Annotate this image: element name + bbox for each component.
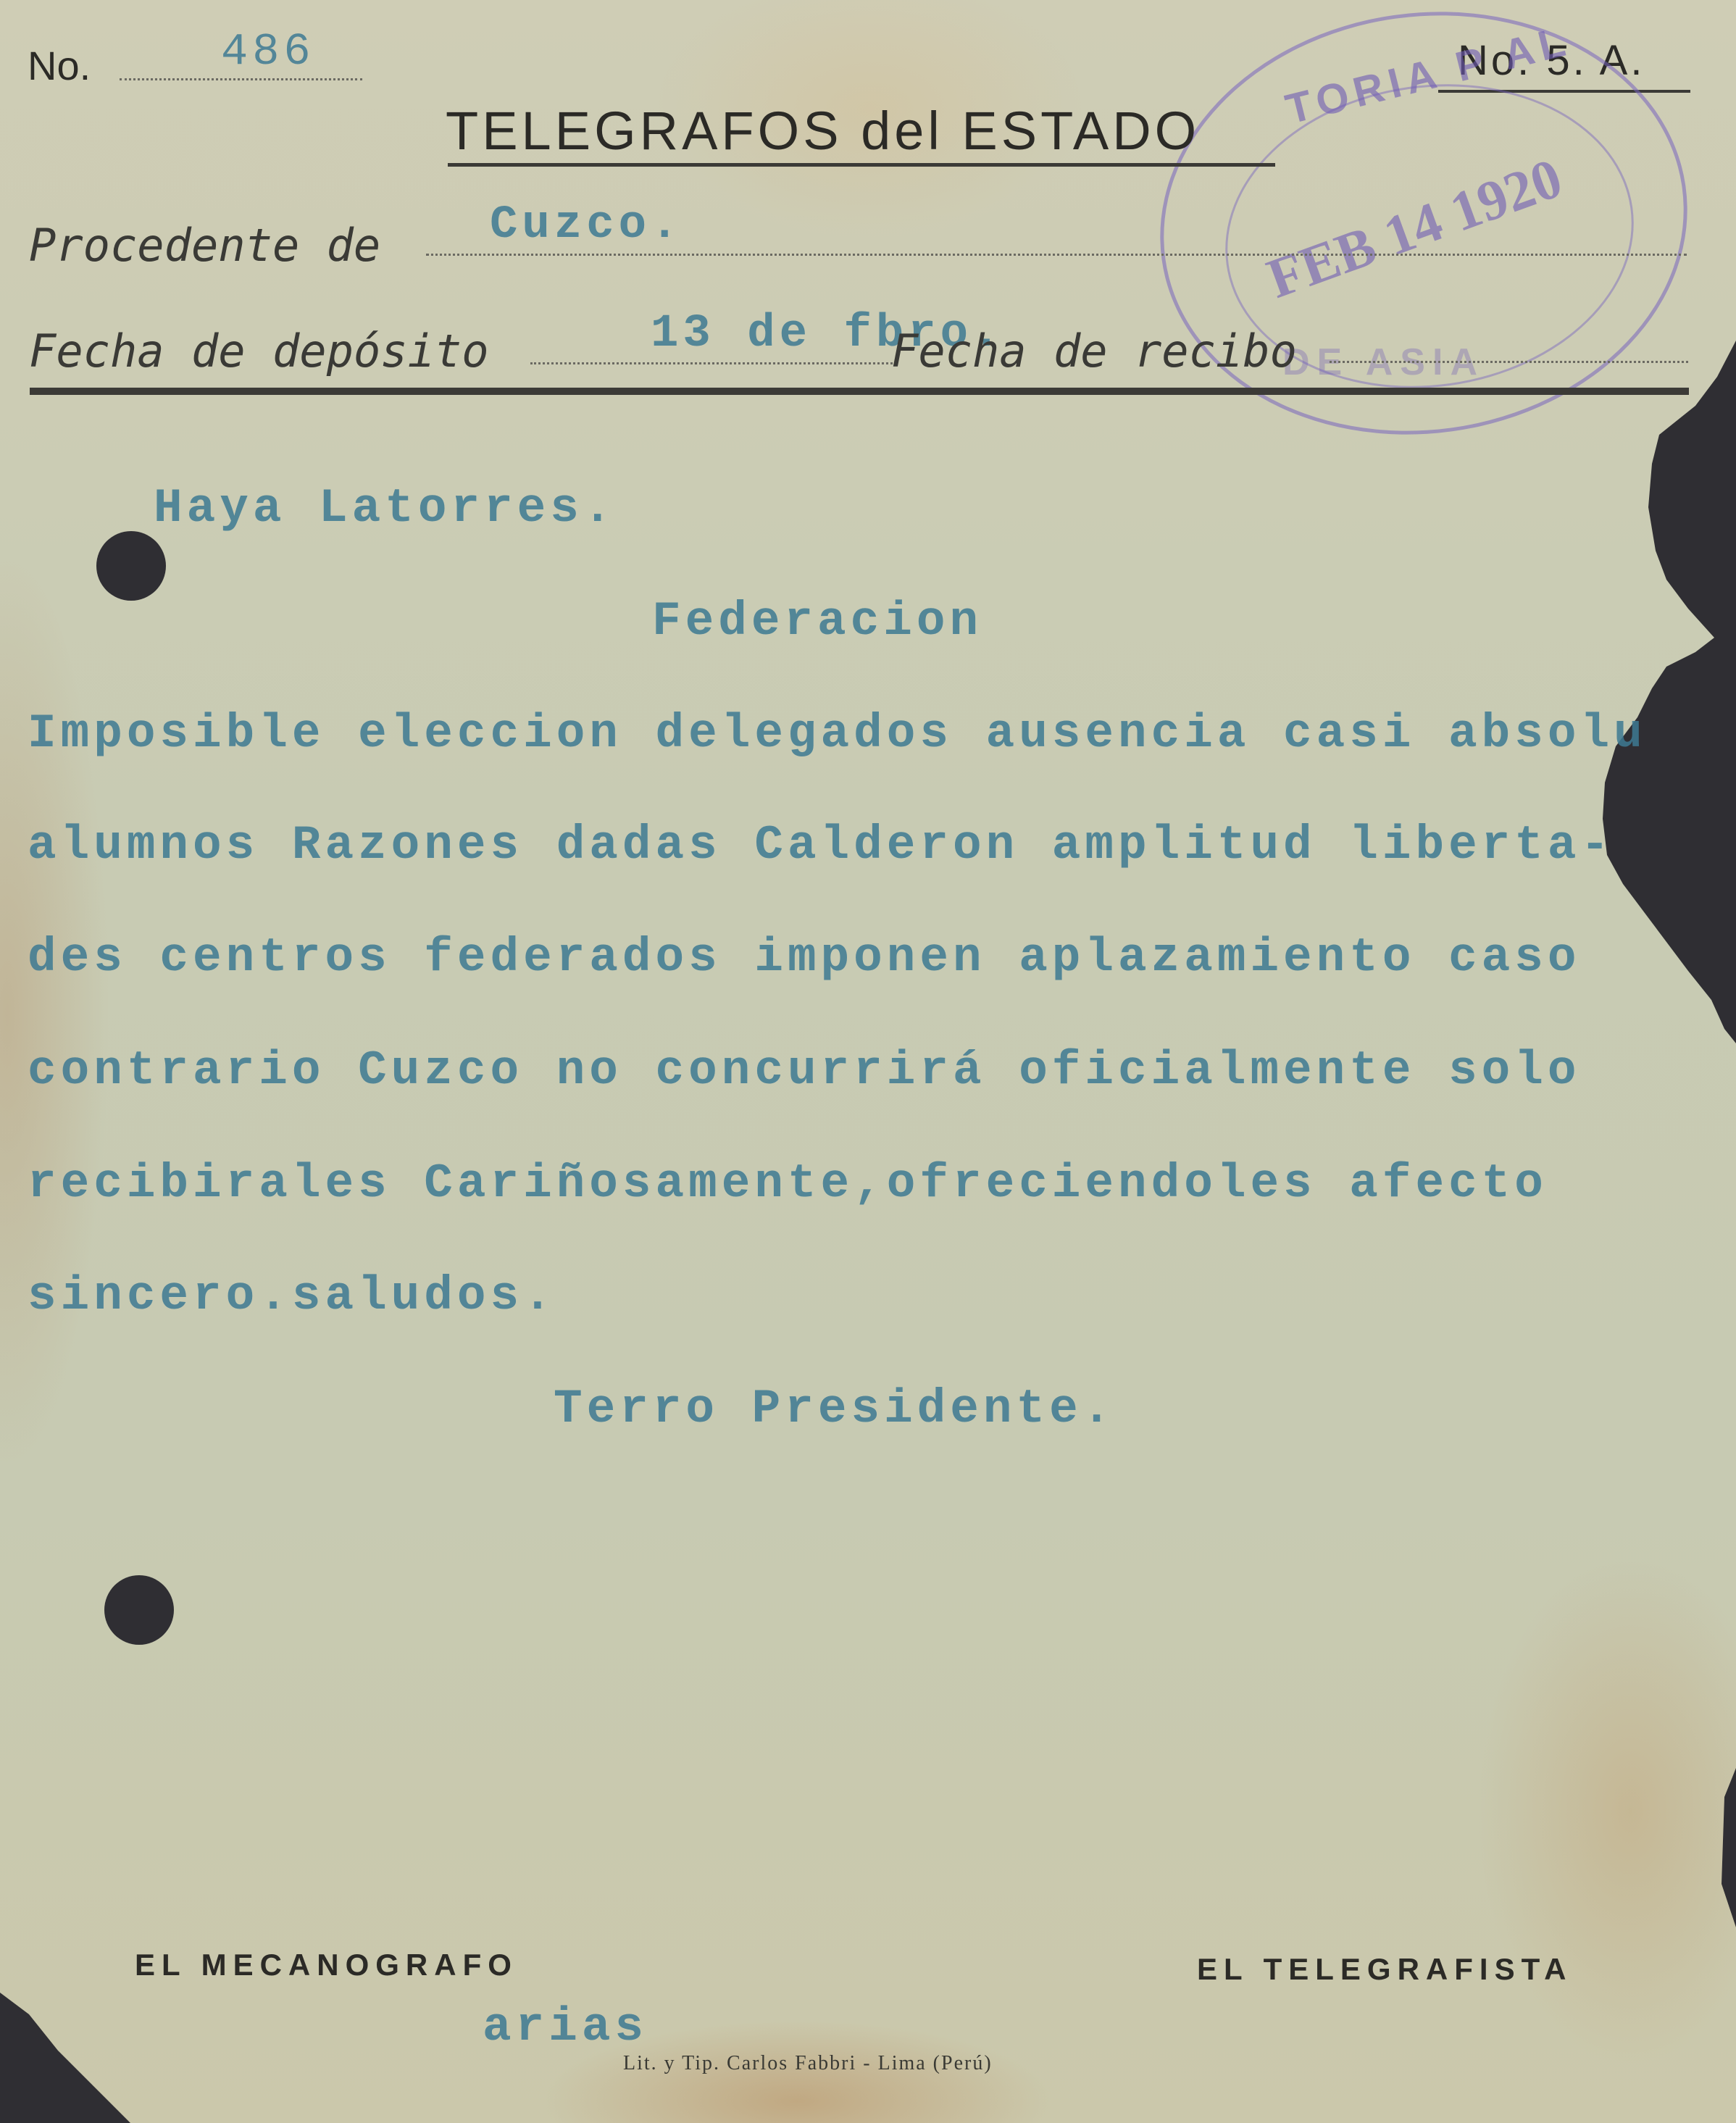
telegraphist-label: EL TELEGRAFISTA	[1197, 1952, 1572, 1987]
addressee: Haya Latorres.	[154, 481, 617, 535]
punch-hole-top	[96, 531, 166, 601]
deposit-date-label: Fecha de depósito	[29, 325, 489, 378]
signature: Terro Presidente.	[554, 1382, 1115, 1436]
deposit-date-dotted-line	[530, 362, 893, 364]
number-value: 486	[221, 26, 315, 78]
message-heading: Federacion	[652, 594, 982, 648]
origin-dotted-line	[426, 254, 1687, 256]
receipt-date-label: Fecha de recibo	[891, 325, 1297, 378]
message-line-5: recibirales Cariñosamente,ofreciendoles …	[28, 1156, 1548, 1211]
printer-imprint: Lit. y Tip. Carlos Fabbri - Lima (Perú)	[623, 2052, 993, 2075]
message-line-2: alumnos Razones dadas Calderon amplitud …	[28, 818, 1614, 872]
number-dotted-line	[120, 78, 362, 80]
message-line-1: Imposible eleccion delegados ausencia ca…	[28, 706, 1647, 761]
message-line-6: sincero.saludos.	[28, 1269, 556, 1323]
punch-hole-bottom	[104, 1575, 174, 1645]
title-underline	[448, 163, 1275, 167]
message-line-3: des centros federados imponen aplazamien…	[28, 930, 1581, 985]
origin-label: Procedente de	[29, 219, 380, 272]
message-line-4: contrario Cuzco no concurrirá oficialmen…	[28, 1043, 1581, 1098]
number-label: No.	[28, 42, 91, 89]
document-title: TELEGRAFOS del ESTADO	[446, 100, 1200, 162]
typist-label: EL MECANOGRAFO	[135, 1948, 518, 1982]
receipt-date-dotted-line	[1330, 361, 1688, 363]
origin-value: Cuzco.	[490, 199, 683, 251]
header-separator-rule	[30, 388, 1689, 395]
typist-value: arias	[483, 2000, 648, 2054]
